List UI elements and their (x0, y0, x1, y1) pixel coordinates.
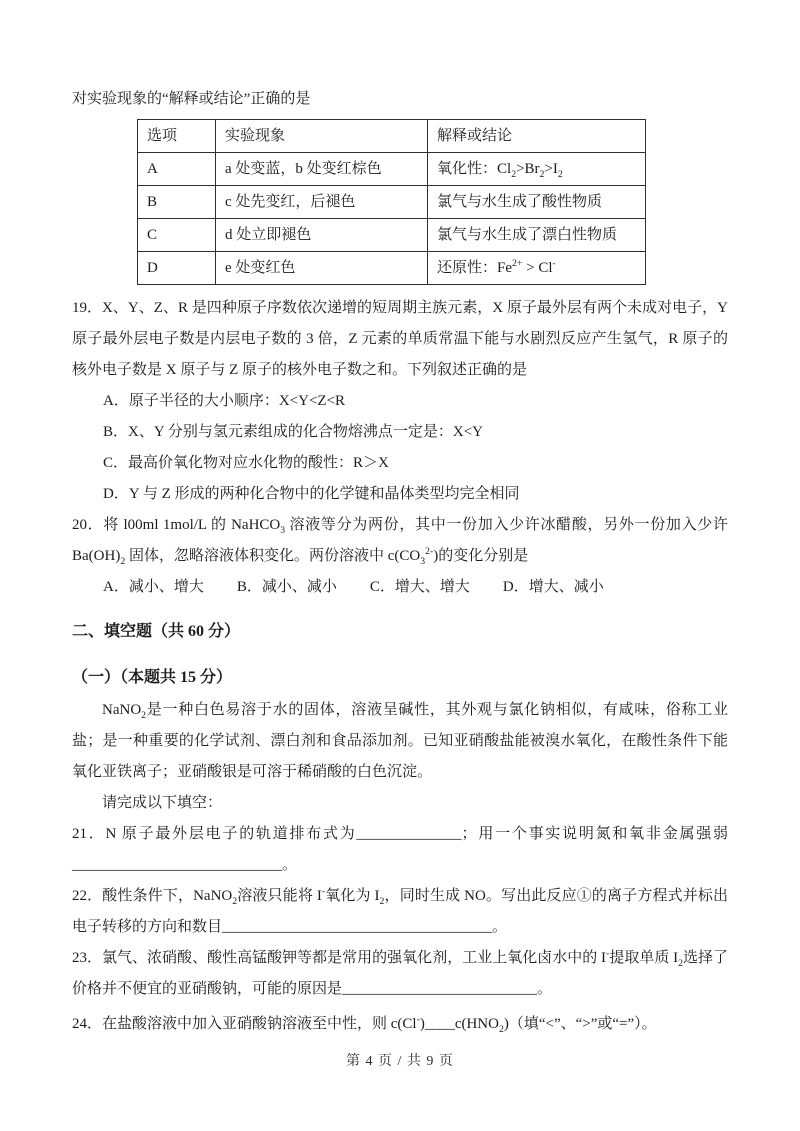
answer-table: 选项 实验现象 解释或结论 A a 处变蓝，b 处变红棕色 氧化性：Cl2>Br… (137, 119, 646, 285)
cell-conclusion: 还原性：Fe2+ > Cl- (428, 252, 646, 285)
cell-conclusion: 氧化性：Cl2>Br2>I2 (428, 153, 646, 186)
question-20-option-a: A．减小、增大 (103, 572, 204, 603)
exam-page: 对实验现象的“解释或结论”正确的是 选项 实验现象 解释或结论 A a 处变蓝，… (0, 0, 800, 1131)
question-24: 24．在盐酸溶液中加入亚硝酸钠溶液至中性，则 c(Cl-)____c(HNO2)… (72, 1009, 728, 1040)
question-20-option-c: C．增大、增大 (370, 572, 470, 603)
question-21: 21．N 原子最外层电子的轨道排布式为______________；用一个事实说… (72, 819, 728, 881)
question-19-option-c: C．最高价氧化物对应水化物的酸性：R＞X (103, 448, 728, 479)
cell-conclusion: 氯气与水生成了漂白性物质 (428, 219, 646, 252)
cell-phenomenon: c 处先变红，后褪色 (216, 186, 428, 219)
question-19-option-d: D．Y 与 Z 形成的两种化合物中的化学键和晶体类型均完全相同 (103, 479, 728, 510)
table-row: A a 处变蓝，b 处变红棕色 氧化性：Cl2>Br2>I2 (138, 153, 646, 186)
fill-in-prompt: 请完成以下填空： (72, 788, 728, 819)
cell-option: B (138, 186, 216, 219)
cell-phenomenon: d 处立即褪色 (216, 219, 428, 252)
question-20-option-b: B．减小、减小 (237, 572, 337, 603)
header-cell-phenomenon: 实验现象 (216, 120, 428, 153)
header-cell-conclusion: 解释或结论 (428, 120, 646, 153)
cell-option: C (138, 219, 216, 252)
question-19-option-a: A．原子半径的大小顺序：X<Y<Z<R (103, 386, 728, 417)
question-19-options: A．原子半径的大小顺序：X<Y<Z<R B．X、Y 分别与氢元素组成的化合物熔沸… (103, 386, 728, 510)
cell-option: A (138, 153, 216, 186)
question-20-option-d: D．增大、减小 (503, 572, 604, 603)
table-header-row: 选项 实验现象 解释或结论 (138, 120, 646, 153)
section-2-heading: 二、填空题（共 60 分） (72, 615, 728, 649)
page-footer: 第 4 页 / 共 9 页 (0, 1046, 800, 1077)
table-row: C d 处立即褪色 氯气与水生成了漂白性物质 (138, 219, 646, 252)
question-19-stem: 19．X、Y、Z、R 是四种原子序数依次递增的短周期主族元素，X 原子最外层有两… (72, 293, 728, 386)
table-row: B c 处先变红，后褪色 氯气与水生成了酸性物质 (138, 186, 646, 219)
question-18-intro-line: 对实验现象的“解释或结论”正确的是 (72, 84, 728, 115)
question-20-stem: 20．将 l00ml 1mol/L 的 NaHCO3 溶液等分为两份，其中一份加… (72, 510, 728, 572)
question-20-options: A．减小、增大 B．减小、减小 C．增大、增大 D．增大、减小 (103, 572, 728, 603)
cell-phenomenon: e 处变红色 (216, 252, 428, 285)
cell-phenomenon: a 处变蓝，b 处变红棕色 (216, 153, 428, 186)
question-23: 23．氯气、浓硝酸、酸性高锰酸钾等都是常用的强氧化剂，工业上氧化卤水中的 I-提… (72, 943, 728, 1005)
cell-option: D (138, 252, 216, 285)
table-row: D e 处变红色 还原性：Fe2+ > Cl- (138, 252, 646, 285)
question-19-option-b: B．X、Y 分别与氢元素组成的化合物熔沸点一定是：X<Y (103, 417, 728, 448)
header-cell-option: 选项 (138, 120, 216, 153)
cell-conclusion: 氯气与水生成了酸性物质 (428, 186, 646, 219)
question-22: 22．酸性条件下，NaNO2溶液只能将 I-氧化为 I2，同时生成 NO。写出此… (72, 881, 728, 943)
nano2-intro-paragraph: NaNO2是一种白色易溶于水的固体，溶液呈碱性，其外观与氯化钠相似，有咸味，俗称… (72, 695, 728, 788)
part-1-heading: （一）（本题共 15 分） (72, 661, 728, 695)
